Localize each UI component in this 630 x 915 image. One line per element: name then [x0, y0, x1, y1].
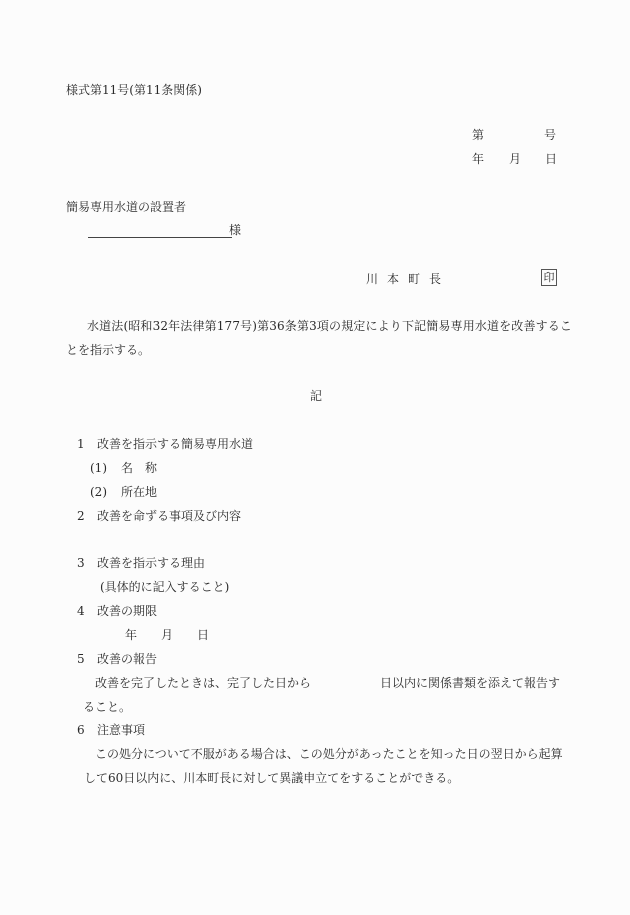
deadline-year-label: 年 [125, 628, 137, 642]
body-text-line-1: 水道法(昭和32年法律第177号)第36条第3項の規定により下記簡易専用水道を改… [87, 319, 572, 333]
ki-heading: 記 [310, 389, 322, 403]
item-4-heading: 4改善の期限 [77, 604, 157, 618]
item-3-note: (具体的に記入すること) [100, 580, 229, 594]
item-label: 注意事項 [97, 723, 145, 737]
item-1-heading: 1改善を指示する簡易専用水道 [77, 437, 253, 451]
item-number: 4 [77, 604, 97, 618]
item-5-text-part-b: 日以内に関係書類を添えて報告す [380, 676, 560, 690]
deadline-day-label: 日 [197, 628, 209, 642]
form-number: 様式第11号(第11条関係) [66, 83, 202, 97]
date-year-label: 年 [472, 152, 484, 166]
subitem-number: (1) [90, 461, 107, 475]
item-2-heading: 2改善を命ずる事項及び内容 [77, 509, 241, 523]
addressee-title: 簡易専用水道の設置者 [66, 200, 186, 214]
item-label: 改善を命ずる事項及び内容 [97, 509, 241, 523]
item-6-text-line-2: して60日以内に、川本町長に対して異議申立てをすることができる。 [84, 771, 459, 785]
item-5-heading: 5改善の報告 [77, 652, 157, 666]
item-1-sub-1: (1)名 称 [90, 461, 157, 475]
addressee-name-blank-line [88, 237, 232, 238]
addressee-honorific: 様 [229, 223, 241, 237]
item-label: 改善を指示する理由 [97, 556, 205, 570]
item-number: 5 [77, 652, 97, 666]
body-text-line-2: とを指示する。 [66, 343, 150, 357]
subitem-label: 所在地 [121, 485, 157, 499]
issue-number-suffix: 号 [544, 128, 556, 142]
item-6-text-line-1: この処分について不服がある場合は、この処分があったことを知った日の翌日から起算 [95, 747, 563, 761]
item-6-heading: 6注意事項 [77, 723, 145, 737]
item-number: 2 [77, 509, 97, 523]
issuer-char: 町 [408, 272, 420, 286]
item-5-text-part-c: ること。 [83, 700, 131, 714]
issuer-char: 川 [366, 272, 378, 286]
item-number: 1 [77, 437, 97, 451]
item-label: 改善の報告 [97, 652, 157, 666]
date-month-label: 月 [509, 152, 521, 166]
seal-stamp-icon: 印 [541, 269, 557, 286]
subitem-label: 名 称 [121, 461, 157, 475]
issuer-name: 川本町長 [366, 272, 450, 286]
item-3-heading: 3改善を指示する理由 [77, 556, 205, 570]
deadline-month-label: 月 [161, 628, 173, 642]
issuer-char: 長 [429, 272, 441, 286]
item-5-text-part-a: 改善を完了したときは、完了した日から [95, 676, 311, 690]
item-label: 改善の期限 [97, 604, 157, 618]
issuer-char: 本 [387, 272, 399, 286]
subitem-number: (2) [90, 485, 107, 499]
item-1-sub-2: (2)所在地 [90, 485, 157, 499]
date-day-label: 日 [545, 152, 557, 166]
item-number: 3 [77, 556, 97, 570]
issue-number-prefix: 第 [472, 128, 484, 142]
item-number: 6 [77, 723, 97, 737]
item-label: 改善を指示する簡易専用水道 [97, 437, 253, 451]
